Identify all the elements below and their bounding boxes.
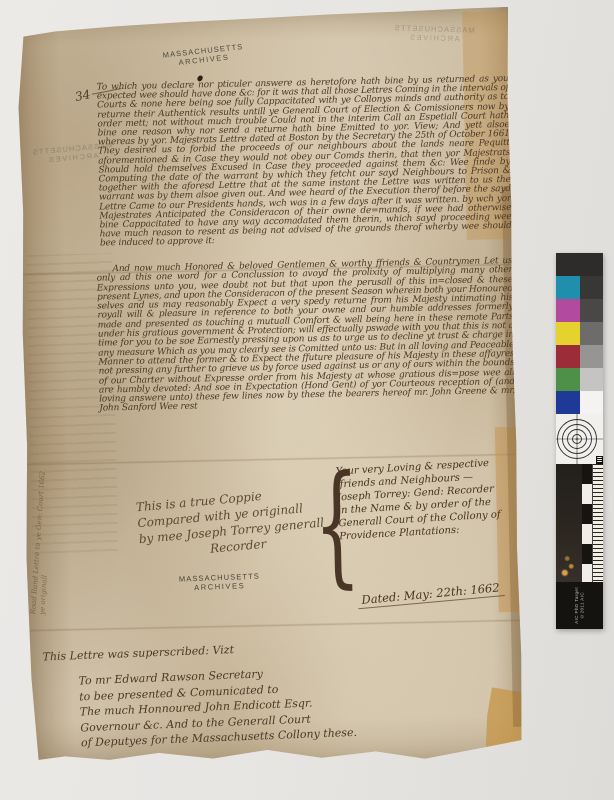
color-patch [556, 322, 580, 345]
target-label: AIC PhD Target ©2011 AIC [574, 587, 585, 624]
color-patch [556, 253, 580, 276]
gray-patch [580, 299, 604, 322]
calibration-target: AIC PhD Target ©2011 AIC [556, 253, 603, 629]
superscription-heading: This Lettre was superscribed: Vizt [42, 643, 234, 663]
archives-stamp-mirrored: MASSACHUSETTS ARCHIVES [393, 23, 475, 44]
letter-body-paragraph-1: To which you declare nor pticuler answer… [97, 75, 512, 249]
ruler-ticks [592, 464, 603, 582]
signature-block: Your very Loving & respective ffriends a… [335, 456, 501, 543]
fold-crease [28, 619, 521, 632]
color-patch [556, 345, 580, 368]
gray-patch [580, 391, 604, 414]
patch-grid [556, 253, 603, 414]
density-wedge-row [556, 464, 603, 582]
photo-backdrop: 34 MASSACHUSETTS ARCHIVES MASSACHUSETTS … [0, 0, 614, 800]
color-patch [556, 391, 580, 414]
ruler-blocks [582, 464, 592, 582]
registration-target-icon [556, 414, 603, 464]
archives-stamp: MASSACHUSETTS ARCHIVES [179, 572, 261, 593]
gray-patch [580, 345, 604, 368]
target-label-cell: AIC PhD Target ©2011 AIC [556, 582, 603, 629]
density-wedge [556, 464, 582, 582]
manuscript-document: 34 MASSACHUSETTS ARCHIVES MASSACHUSETTS … [15, 7, 524, 769]
color-patch [556, 368, 580, 391]
letter-body-paragraph-2: And now much Honored & beloved Gentlemen… [96, 257, 515, 414]
scale-ruler [582, 464, 603, 582]
color-patch [556, 299, 580, 322]
gray-patch [580, 322, 604, 345]
copy-attestation: This is a true Coppie Compared with ye o… [135, 483, 326, 564]
gray-patch [580, 276, 604, 299]
gray-patch [580, 253, 604, 276]
date-line: Dated: May: 22th: 1662 [357, 580, 504, 609]
superscription-address: To mr Edward Rawson Secretary to bee pre… [78, 663, 357, 751]
archives-stamp: MASSACHUSETTS ARCHIVES [162, 42, 244, 69]
gray-patch [580, 368, 604, 391]
color-patch [556, 276, 580, 299]
registration-target-cell [556, 414, 603, 464]
